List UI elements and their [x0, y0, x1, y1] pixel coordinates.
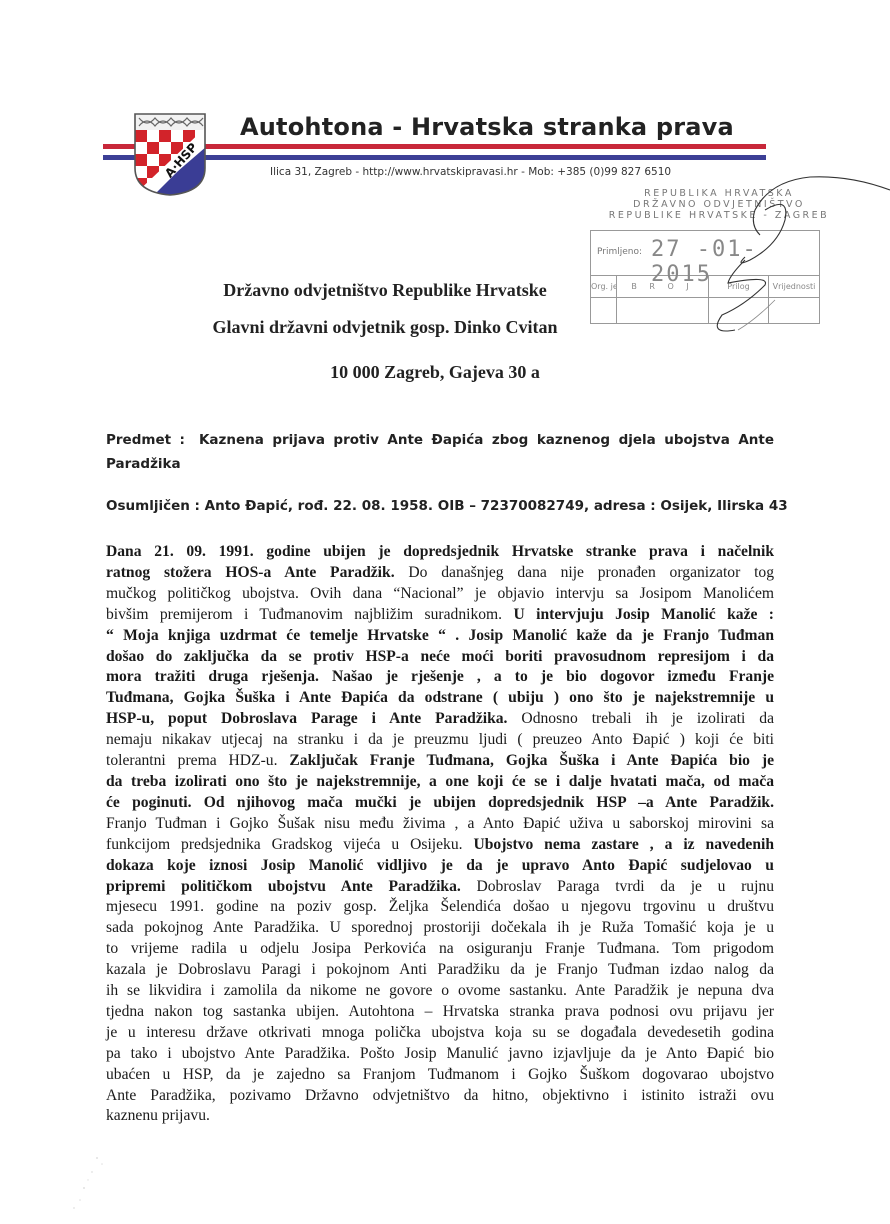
body-text-regular: kazala je Dobroslavu Paragi i pokojnom A… [106, 961, 774, 978]
organization-contact: Ilica 31, Zagreb - http://www.hrvatskipr… [270, 166, 671, 178]
recipient-person: Glavni državni odvjetnik gosp. Dinko Cvi… [0, 317, 830, 338]
body-text-bold: će poginuti. Od njihovog mača mučki je u… [106, 794, 774, 811]
body-line: tjedna nakon tog sastanka ubijen. Autoht… [106, 1002, 774, 1023]
organization-name: Autohtona - Hrvatska stranka prava [240, 113, 734, 141]
body-text-regular: to vrijeme radila u odjelu Josipa Perkov… [106, 940, 774, 957]
body-text-regular: mjesecu 1991. godine na poziv gosp. Želj… [106, 898, 774, 915]
body-text-bold: pripremi političkom ubojstvu Ante Paradž… [106, 878, 461, 895]
body-text-bold: HSP-u, poput Dobroslava Parage i Ante Pa… [106, 710, 507, 727]
body-text-bold: Zaključak Franje Tuđmana, Gojka Šuška i … [289, 752, 774, 769]
body-line: dokaza koje iznosi Josip Manolić vidljiv… [106, 856, 774, 877]
body-text-regular: kaznenu prijavu. [106, 1107, 210, 1124]
body-line: mučkog političkog ubojstva. Ovih dana “N… [106, 584, 774, 605]
body-line: Ante Paradžika, pozivamo Državno odvjetn… [106, 1086, 774, 1107]
body-text-regular: ih se likvidira i zamolila da nikome ne … [106, 982, 774, 999]
suspect-line: Osumljičen : Anto Đapić, rođ. 22. 08. 19… [106, 498, 786, 514]
body-text-bold: mora tražiti druga rješenja. Našao je rj… [106, 668, 774, 685]
body-line: nemaju nikakav utjecaj na stranku i da j… [106, 730, 774, 751]
body-text-bold: Dana 21. 09. 1991. godine ubijen je dopr… [106, 543, 774, 560]
body-text-bold: “ Moja knjiga uzdrmat će temelje Hrvatsk… [106, 627, 774, 644]
body-text-regular: Odnosno trebali ih je izolirati da [507, 710, 774, 727]
stamp-header-line: REPUBLIKA HRVATSKA [588, 188, 850, 199]
body-text-regular: funkcijom predsjednika Gradskog vijeća u… [106, 836, 473, 853]
body-line: je u interesu države otkrivati mnoga pol… [106, 1023, 774, 1044]
body-line: će poginuti. Od njihovog mača mučki je u… [106, 793, 774, 814]
body-text-bold: Tuđmana, Gojka Šuška i Ante Đapića da od… [106, 689, 774, 706]
body-text-regular: nemaju nikakav utjecaj na stranku i da j… [106, 731, 774, 748]
body-text-regular: Do današnjeg dana nije pronađen organiza… [395, 564, 774, 581]
body-text-regular: sada pokojnog Ante Paradžika. U sporedno… [106, 919, 774, 936]
body-text-bold: ratnog stožera HOS-a Ante Paradžik. [106, 564, 395, 581]
stamp-header-line: DRŽAVNO ODVJETNIŠTVO [588, 199, 850, 210]
recipient-institution: Državno odvjetništvo Republike Hrvatske [0, 280, 830, 301]
body-text-regular: bivšim premijerom i Tuđmanovim najbližim… [106, 606, 513, 623]
body-line: došao do zaključka da se protiv HSP-a ne… [106, 647, 774, 668]
body-line: to vrijeme radila u odjelu Josipa Perkov… [106, 939, 774, 960]
scan-speckle [62, 1150, 132, 1215]
subject-text: Kaznena prijava protiv Ante Đapića zbog … [106, 432, 774, 472]
body-line: pa tako i ubojstvo Ante Paradžika. Pošto… [106, 1044, 774, 1065]
body-line: funkcijom predsjednika Gradskog vijeća u… [106, 835, 774, 856]
body-line: HSP-u, poput Dobroslava Parage i Ante Pa… [106, 709, 774, 730]
body-line: ubaćen u HSP, da je zajedno sa Franjom T… [106, 1065, 774, 1086]
body-line: bivšim premijerom i Tuđmanovim najbližim… [106, 605, 774, 626]
body-text-bold: da treba izolirati ono što je najekstrem… [106, 773, 774, 790]
stamp-header-line: REPUBLIKE HRVATSKE - ZAGREB [588, 210, 850, 221]
received-stamp: Primljeno: 27 -01- 2015 Org. jed. B R O … [590, 230, 820, 324]
received-stamp-header: REPUBLIKA HRVATSKA DRŽAVNO ODVJETNIŠTVO … [588, 188, 850, 221]
body-text-regular: Ante Paradžika, pozivamo Državno odvjetn… [106, 1087, 774, 1104]
body-line: kazala je Dobroslavu Paragi i pokojnom A… [106, 960, 774, 981]
body-line: tolerantni prema HDZ-u. Zaključak Franje… [106, 751, 774, 772]
body-line: “ Moja knjiga uzdrmat će temelje Hrvatsk… [106, 626, 774, 647]
body-line: sada pokojnog Ante Paradžika. U sporedno… [106, 918, 774, 939]
body-line: Dana 21. 09. 1991. godine ubijen je dopr… [106, 542, 774, 563]
body-text-regular: tolerantni prema HDZ-u. [106, 752, 289, 769]
subject-label: Predmet : [106, 432, 185, 448]
subject-line: Predmet :Kaznena prijava protiv Ante Đap… [106, 428, 774, 476]
body-line: mjesecu 1991. godine na poziv gosp. Želj… [106, 897, 774, 918]
body-line: Franjo Tuđman i Gojko Šušak nisu među ži… [106, 814, 774, 835]
body-line: kaznenu prijavu. [106, 1106, 774, 1127]
body-text-bold: U intervjuju Josip Manolić kaže : [513, 606, 774, 623]
recipient-address: 10 000 Zagreb, Gajeva 30 a [0, 362, 880, 383]
body-line: da treba izolirati ono što je najekstrem… [106, 772, 774, 793]
body-text-bold: došao do zaključka da se protiv HSP-a ne… [106, 648, 774, 665]
stamp-received-label: Primljeno: [597, 247, 642, 257]
body-line: ih se likvidira i zamolila da nikome ne … [106, 981, 774, 1002]
body-text-regular: tjedna nakon tog sastanka ubijen. Autoht… [106, 1003, 774, 1020]
body-text-regular: je u interesu države otkrivati mnoga pol… [106, 1024, 774, 1041]
body-text-regular: mučkog političkog ubojstva. Ovih dana “N… [106, 585, 774, 602]
body-text-bold: dokaza koje iznosi Josip Manolić vidljiv… [106, 857, 774, 874]
body-paragraph: Dana 21. 09. 1991. godine ubijen je dopr… [106, 542, 774, 1127]
body-text-regular: pa tako i ubojstvo Ante Paradžika. Pošto… [106, 1045, 774, 1062]
ahsp-shield-logo-icon: A·HSP [133, 112, 207, 196]
body-line: mora tražiti druga rješenja. Našao je rj… [106, 667, 774, 688]
body-line: Tuđmana, Gojka Šuška i Ante Đapića da od… [106, 688, 774, 709]
stamp-received-row: Primljeno: 27 -01- 2015 [591, 231, 819, 276]
body-text-bold: Ubojstvo nema zastare , a iz navedenih [473, 836, 774, 853]
body-line: pripremi političkom ubojstvu Ante Paradž… [106, 877, 774, 898]
body-text-regular: Franjo Tuđman i Gojko Šušak nisu među ži… [106, 815, 774, 832]
body-text-regular: ubaćen u HSP, da je zajedno sa Franjom T… [106, 1066, 774, 1083]
body-text-regular: Dobroslav Paraga tvrdi da je u rujnu [461, 878, 774, 895]
body-line: ratnog stožera HOS-a Ante Paradžik. Do d… [106, 563, 774, 584]
